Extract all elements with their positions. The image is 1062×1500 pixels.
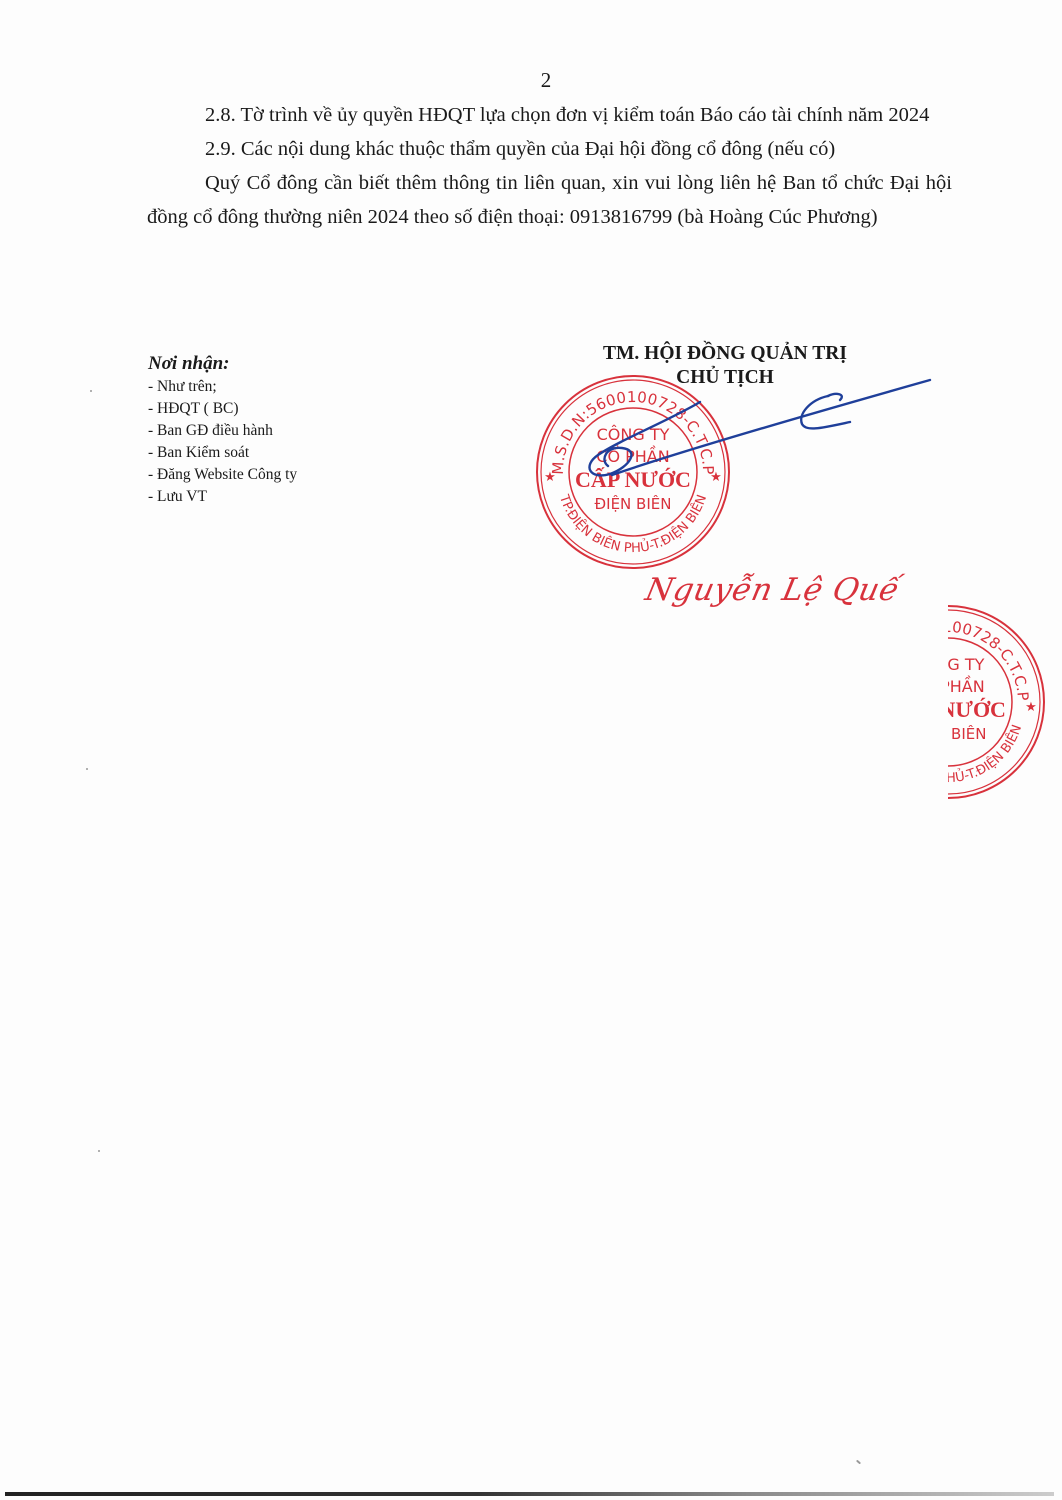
document-body: 2.8. Tờ trình về ủy quyền HĐQT lựa chọn … <box>147 98 952 234</box>
scan-speck <box>98 1150 100 1152</box>
scan-speck <box>86 768 88 770</box>
svg-text:★: ★ <box>544 470 556 485</box>
recipient-item: - Đăng Website Công ty <box>148 464 297 486</box>
recipient-item: - Ban GĐ điều hành <box>148 420 297 442</box>
svg-text:CẤP NƯỚC: CẤP NƯỚC <box>890 697 1006 722</box>
svg-text:★: ★ <box>1025 700 1037 715</box>
recipient-item: - Như trên; <box>148 376 297 398</box>
recipient-item: - Lưu VT <box>148 486 297 508</box>
recipients-list: Nơi nhận: - Như trên; - HĐQT ( BC) - Ban… <box>148 352 297 508</box>
paragraph-2-9: 2.9. Các nội dung khác thuộc thẩm quyền … <box>147 132 952 166</box>
handwritten-signature-icon <box>560 370 940 500</box>
svg-text:CỔ PHẦN: CỔ PHẦN <box>911 675 984 696</box>
partial-seal-icon: M.S.D.N:5600100728-C.T.C.P TP.ĐIỆN BIÊN … <box>848 602 1048 802</box>
signer-name: Nguyễn Lệ Quế <box>642 572 903 608</box>
recipient-item: - Ban Kiểm soát <box>148 442 297 464</box>
scan-speck <box>90 390 92 392</box>
page-bottom-edge <box>5 1492 1054 1496</box>
svg-text:ĐIỆN BIÊN: ĐIỆN BIÊN <box>910 724 987 743</box>
recipient-item: - HĐQT ( BC) <box>148 398 297 420</box>
page-number: 2 <box>0 68 1062 93</box>
paragraph-contact: Quý Cổ đông cần biết thêm thông tin liên… <box>147 166 952 234</box>
signature-org-title: TM. HỘI ĐỒNG QUẢN TRỊ <box>560 342 890 366</box>
svg-text:CÔNG TY: CÔNG TY <box>912 655 985 674</box>
svg-text:M.S.D.N:5600100728-C.T.C.P: M.S.D.N:5600100728-C.T.C.P <box>864 618 1032 701</box>
scan-speck <box>856 1460 861 1465</box>
recipients-title: Nơi nhận: <box>148 352 297 376</box>
paragraph-2-8: 2.8. Tờ trình về ủy quyền HĐQT lựa chọn … <box>147 98 952 132</box>
